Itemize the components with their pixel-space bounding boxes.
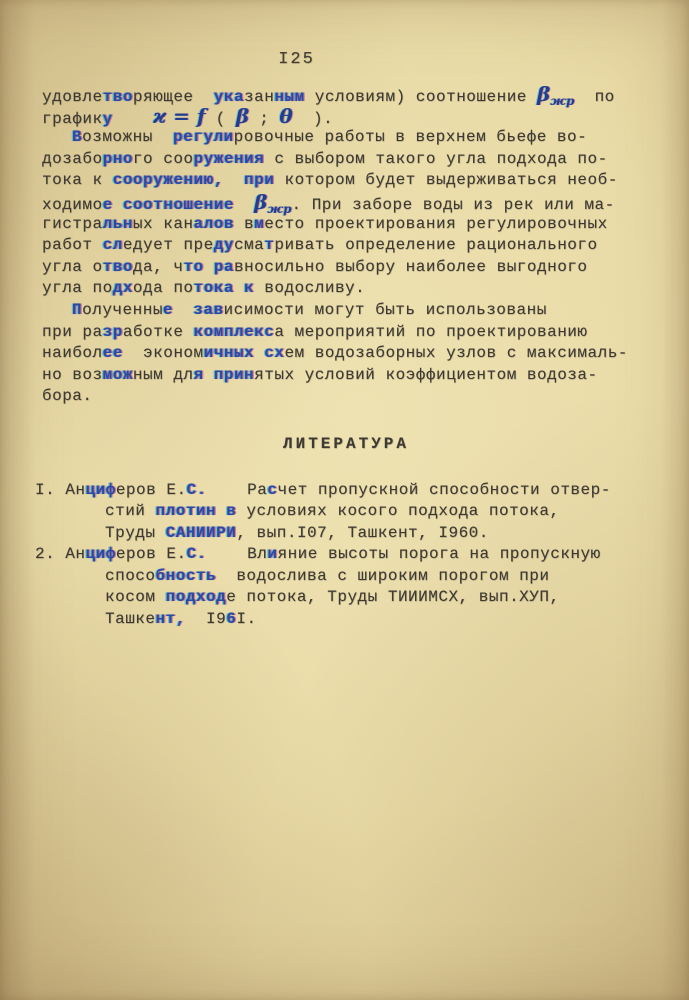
typed-line: Ташкент, I96I. (35, 609, 650, 631)
typed-line: дозаборного сооружения с выбором такого … (42, 149, 650, 171)
typed-line: работ следует предусматривать определени… (42, 235, 650, 257)
typed-line: при разработке комплекса мероприятий по … (42, 322, 650, 344)
typed-line: Труды САНИИРИ, вып.I07, Ташкент, I960. (35, 523, 650, 545)
typed-line: способность водослива с широким порогом … (35, 566, 650, 588)
typed-line: наиболее экономичных схем водозаборных у… (42, 343, 650, 365)
typed-line: бора. (42, 386, 650, 408)
body-text: удовлетворяющее указанным условиям) соот… (42, 84, 650, 631)
typed-line: удовлетворяющее указанным условиям) соот… (42, 84, 650, 106)
typed-line: графику ϰ = f ( β ; θ ). (42, 106, 650, 128)
typed-line: косом подходе потока, Труды ТИИИМСХ, вып… (35, 587, 650, 609)
reference-list: I. Анциферов Е.С. Расчет пропускной спос… (35, 480, 650, 631)
typed-line: Полученные зависимости могут быть исполь… (42, 300, 650, 322)
typed-line: угла отвода, что равносильно выбору наиб… (42, 257, 650, 279)
paragraph: Возможны регулировочные работы в верхнем… (42, 127, 650, 300)
reference-item: 2. Анциферов Е.С. Влияние высоты порога … (35, 544, 650, 630)
paragraph: удовлетворяющее указанным условиям) соот… (42, 84, 650, 127)
typed-line: стий плотин в условиях косого подхода по… (35, 501, 650, 523)
literature-heading: ЛИТЕРАТУРА (42, 434, 650, 456)
scanned-page: I25 удовлетворяющее указанным условиям) … (0, 0, 689, 1000)
typed-line: I. Анциферов Е.С. Расчет пропускной спос… (35, 480, 650, 502)
typed-line: гистральных каналов вместо проектировани… (42, 214, 650, 236)
paragraph: Полученные зависимости могут быть исполь… (42, 300, 650, 408)
typed-line: угла подхода потока к водосливу. (42, 278, 650, 300)
typed-line: Возможны регулировочные работы в верхнем… (42, 127, 650, 149)
reference-item: I. Анциферов Е.С. Расчет пропускной спос… (35, 480, 650, 545)
typed-line: но возможным для принятых условий коэффи… (42, 365, 650, 387)
typed-line: 2. Анциферов Е.С. Влияние высоты порога … (35, 544, 650, 566)
typed-line: тока к сооружению, при котором будет выд… (42, 170, 650, 192)
typed-line: ходимое соотношение βжр. При заборе воды… (42, 192, 650, 214)
body-paragraphs: удовлетворяющее указанным условиям) соот… (42, 84, 650, 408)
page-number: I25 (0, 50, 641, 69)
